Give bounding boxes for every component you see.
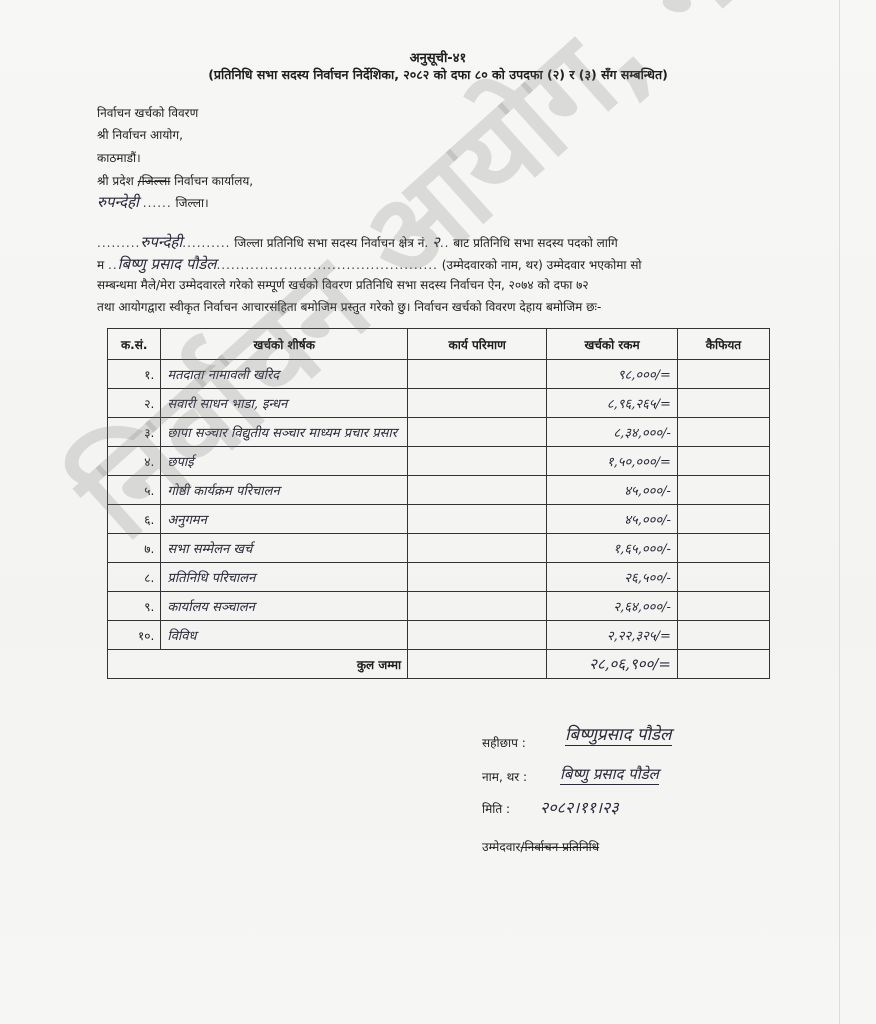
serial-cell: ५. [108, 476, 161, 505]
expense-title-cell: छापा सञ्चार विद्युतीय सञ्चार माध्यम प्रच… [161, 418, 408, 447]
scanned-document-page: अनुसूची-४१ (प्रतिनिधि सभा सदस्य निर्वाचन… [0, 0, 876, 1024]
candidate-name-handwritten: बिष्णु प्रसाद पौडेल [118, 255, 217, 273]
body-line-2: म ..बिष्णु प्रसाद पौडेल.................… [97, 254, 642, 274]
remarks-cell [677, 447, 769, 476]
remarks-cell [677, 563, 769, 592]
work-quantity-cell [408, 534, 547, 563]
annex-subtitle: (प्रतिनिधि सभा सदस्य निर्वाचन निर्देशिका… [0, 66, 876, 83]
table-row: ५.गोष्ठी कार्यक्रम परिचालन४५,०००/- [108, 476, 770, 505]
header-remarks: कैफियत [677, 329, 769, 360]
table-header-row: क.सं. खर्चको शीर्षक कार्य परिमाण खर्चको … [108, 329, 770, 360]
table-row: १.मतदाता नामावली खरिद९८,०००/= [108, 360, 770, 389]
dots: ...... [143, 196, 172, 210]
body-district-handwritten: रुपन्देही [140, 233, 182, 251]
signature-label: सहीछाप : [482, 734, 526, 751]
work-quantity-cell [408, 592, 547, 621]
table-row: ७.सभा सम्मेलन खर्च१,६५,०००/- [108, 534, 770, 563]
table-row: २.सवारी साधन भाडा, इन्धन८,९६,२६५/= [108, 389, 770, 418]
serial-cell: २. [108, 389, 161, 418]
body-line-4: तथा आयोगद्वारा स्वीकृत निर्वाचन आचारसंहि… [97, 298, 601, 315]
table-row: ३.छापा सञ्चार विद्युतीय सञ्चार माध्यम प्… [108, 418, 770, 447]
expense-title-cell: कार्यालय सञ्चालन [161, 592, 408, 621]
table-row: ६.अनुगमन४५,०००/- [108, 505, 770, 534]
remarks-cell [677, 418, 769, 447]
expense-title-cell: विविध [161, 621, 408, 650]
expense-table: क.सं. खर्चको शीर्षक कार्य परिमाण खर्चको … [107, 328, 770, 679]
constituency-number: २ [432, 233, 440, 251]
header-serial: क.सं. [108, 329, 161, 360]
work-quantity-cell [408, 621, 547, 650]
work-quantity-cell [408, 360, 547, 389]
serial-cell: ८. [108, 563, 161, 592]
work-quantity-cell [408, 447, 547, 476]
district-line: रुपन्देही ...... जिल्ला। [97, 192, 209, 212]
table-row: ४.छपाई१,५०,०००/= [108, 447, 770, 476]
amount-cell: ४५,०००/- [547, 505, 678, 534]
body-line-3: सम्बन्धमा मैले/मेरा उम्मेदवारले गरेको सम… [97, 276, 589, 293]
work-quantity-cell [408, 389, 547, 418]
district-suffix: जिल्ला। [176, 196, 209, 210]
remarks-cell [677, 505, 769, 534]
remarks-cell [677, 621, 769, 650]
expense-title-cell: प्रतिनिधि परिचालन [161, 563, 408, 592]
office-struck-text: /जिल्ला [138, 174, 171, 188]
expense-title-cell: गोष्ठी कार्यक्रम परिचालन [161, 476, 408, 505]
office-prefix: श्री प्रदेश [97, 174, 134, 188]
work-quantity-cell [408, 476, 547, 505]
remarks-cell [677, 389, 769, 418]
remarks-cell [677, 592, 769, 621]
district-handwritten: रुपन्देही [97, 193, 139, 211]
table-total-row: कुल जम्मा २८,०६,९००/= [108, 650, 770, 679]
amount-cell: ८,३४,०००/- [547, 418, 678, 447]
remarks-cell [677, 476, 769, 505]
remarks-cell [677, 534, 769, 563]
table-row: ९.कार्यालय सञ्चालन२,६४,०००/- [108, 592, 770, 621]
table-row: १०.विविध२,२२,३२५/= [108, 621, 770, 650]
office-suffix: निर्वाचन कार्यालय, [174, 174, 253, 188]
amount-cell: २६,५००/- [547, 563, 678, 592]
annex-title: अनुसूची-४१ [0, 48, 876, 66]
amount-cell: ९८,०००/= [547, 360, 678, 389]
expense-title-cell: छपाई [161, 447, 408, 476]
header-expense-amount: खर्चको रकम [547, 329, 678, 360]
amount-cell: २,६४,०००/- [547, 592, 678, 621]
page-edge [839, 0, 840, 1024]
expense-title-cell: मतदाता नामावली खरिद [161, 360, 408, 389]
serial-cell: ४. [108, 447, 161, 476]
serial-cell: १. [108, 360, 161, 389]
city-line: काठमाडौं। [97, 149, 141, 166]
serial-cell: ७. [108, 534, 161, 563]
body-line-1: .........रुपन्देही.......... जिल्ला प्रत… [97, 232, 618, 252]
expense-title-cell: सभा सम्मेलन खर्च [161, 534, 408, 563]
expense-title-cell: अनुगमन [161, 505, 408, 534]
work-quantity-cell [408, 563, 547, 592]
serial-cell: ९. [108, 592, 161, 621]
header-expense-title: खर्चको शीर्षक [161, 329, 408, 360]
header-work-quantity: कार्य परिमाण [408, 329, 547, 360]
amount-cell: ४५,०००/- [547, 476, 678, 505]
total-label: कुल जम्मा [108, 650, 408, 679]
total-amount: २८,०६,९००/= [547, 650, 678, 679]
expense-title-cell: सवारी साधन भाडा, इन्धन [161, 389, 408, 418]
amount-cell: १,५०,०००/= [547, 447, 678, 476]
recipient-line: श्री निर्वाचन आयोग, [97, 126, 183, 143]
signature-handwritten: बिष्णुप्रसाद पौडेल [565, 722, 672, 746]
amount-cell: ८,९६,२६५/= [547, 389, 678, 418]
serial-cell: १०. [108, 621, 161, 650]
subject-line: निर्वाचन खर्चको विवरण [97, 104, 198, 121]
name-label: नाम, थर : [482, 768, 527, 785]
serial-cell: ३. [108, 418, 161, 447]
date-handwritten: २०८२।११।२३ [540, 796, 619, 818]
office-line: श्री प्रदेश /जिल्ला निर्वाचन कार्यालय, [97, 172, 253, 189]
name-handwritten: बिष्णु प्रसाद पौडेल [560, 764, 659, 785]
serial-cell: ६. [108, 505, 161, 534]
role-line: उम्मेदवार/निर्वाचन प्रतिनिधि [482, 838, 599, 855]
table-row: ८.प्रतिनिधि परिचालन२६,५००/- [108, 563, 770, 592]
amount-cell: २,२२,३२५/= [547, 621, 678, 650]
amount-cell: १,६५,०००/- [547, 534, 678, 563]
date-label: मिति : [482, 800, 510, 817]
work-quantity-cell [408, 418, 547, 447]
remarks-cell [677, 360, 769, 389]
work-quantity-cell [408, 505, 547, 534]
